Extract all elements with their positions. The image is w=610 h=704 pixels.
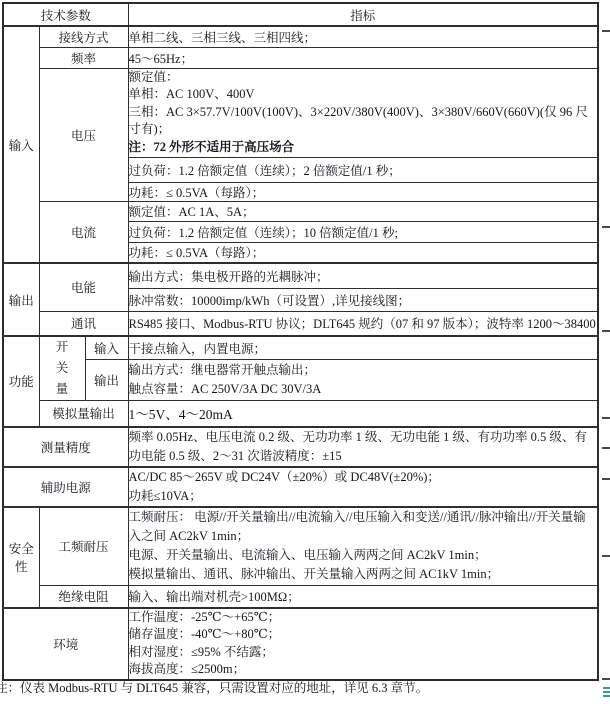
header-tech-params: 技术参数 [3, 3, 128, 26]
digital-output-contact: 触点容量：AC 250V/3A DC 30V/3A [129, 380, 598, 399]
row-label-analog-output: 模拟量输出 [39, 401, 128, 427]
margin-tick [602, 30, 610, 32]
margin-mark-teal [603, 695, 610, 697]
footnote: 注：仪表 Modbus-RTU 与 DLT645 兼容，只需设置对应的地址，详见… [0, 680, 610, 697]
digital-input-value: 干接点输入，内置电源； [128, 336, 598, 359]
env-humidity: 相对湿度：≤95% 不结露； [129, 644, 598, 662]
digital-output-mode: 输出方式：继电器常开触点输出； [129, 361, 598, 380]
row-label-aux-power: 辅助电源 [3, 467, 128, 507]
environment-cell: 工作温度：-25℃～+65℃； 储存温度：-40℃～+80℃； 相对湿度：≤95… [128, 608, 598, 680]
group-label-output: 输出 [3, 263, 39, 336]
row-label-digital-output: 输出 [85, 359, 128, 400]
row-label-energy: 电能 [39, 263, 128, 311]
current-rated: 额定值：AC 1A、5A； [128, 201, 598, 221]
margin-tick [602, 226, 610, 228]
spec-table: 技术参数 指标 输入 接线方式 单相二线、三相三线、三相四线； 频率 45～65… [2, 2, 599, 681]
env-storage-temp: 储存温度：-40℃～+80℃； [129, 626, 598, 644]
group-label-input: 输入 [3, 26, 39, 263]
voltage-power-consumption: 功耗：≤ 0.5VA（每路）； [128, 182, 598, 201]
margin-mark-teal [603, 691, 610, 693]
current-overload: 过负荷：1.2 倍额定值（连续）；10 倍额定值/1 秒; [128, 221, 598, 242]
group-label-safety: 安全性 [3, 507, 39, 608]
aux-power-consumption: 功耗≤10VA； [129, 487, 598, 506]
voltage-three-phase: 三相：AC 3×57.7V/100V(100V)、3×220V/380V(400… [129, 104, 598, 139]
aux-power-range: AC/DC 85～265V 或 DC24V（±20%）或 DC48V(±20%)… [129, 468, 598, 487]
analog-output-value: 1～5V、4～20mA [128, 401, 598, 427]
voltage-rated-title: 额定值： [129, 69, 598, 87]
header-indicator: 指标 [128, 3, 598, 26]
margin-tick [602, 555, 610, 557]
voltage-rated-cell: 额定值： 单相：AC 100V、400V 三相：AC 3×57.7V/100V(… [128, 68, 598, 157]
digital-output-cell: 输出方式：继电器常开触点输出； 触点容量：AC 250V/3A DC 30V/3… [128, 359, 598, 400]
scanned-spec-document: { "title_row": { "tech_params": "技术参数", … [0, 0, 610, 704]
accuracy-value: 频率 0.05Hz、电压电流 0.2 级、无功功率 1 级、无功电能 1 级、有… [128, 427, 598, 467]
withstand-cell: 工频耐压： 电源//开关量输出//电流输入//电压输入和变送//通讯//脉冲输出… [128, 507, 598, 586]
env-working-temp: 工作温度：-25℃～+65℃； [129, 609, 598, 627]
margin-tick [602, 330, 610, 332]
row-label-accuracy: 测量精度 [3, 427, 128, 467]
aux-power-cell: AC/DC 85～265V 或 DC24V（±20%）或 DC48V(±20%)… [128, 467, 598, 507]
margin-tick [602, 417, 610, 419]
margin-tick [602, 447, 610, 449]
voltage-overload: 过负荷：1.2 倍额定值（连续）；2 倍额定值/1 秒； [128, 157, 598, 182]
row-label-voltage: 电压 [39, 68, 128, 201]
withstand-line1: 工频耐压： 电源//开关量输出//电流输入//电压输入和变送//通讯//脉冲输出… [129, 508, 598, 546]
row-label-digital-input: 输入 [85, 336, 128, 359]
row-label-wiring: 接线方式 [39, 26, 128, 47]
row-label-current: 电流 [39, 201, 128, 263]
comm-value: RS485 接口、Modbus-RTU 协议；DLT645 规约（07 和 97… [128, 311, 598, 336]
margin-mark-teal [603, 687, 610, 689]
row-label-comm: 通讯 [39, 311, 128, 336]
row-label-insulation: 绝缘电阻 [39, 586, 128, 608]
withstand-line2: 电源、开关量输出、电流输入、电压输入两两之间 AC2kV 1min； [129, 546, 598, 565]
margin-tick [602, 478, 610, 480]
env-altitude: 海拔高度：≤2500m； [129, 661, 598, 679]
group-label-function: 功能 [3, 336, 39, 427]
margin-tick [602, 678, 610, 680]
insulation-value: 输入、输出端对机壳>100MΩ； [128, 586, 598, 608]
energy-output-mode: 输出方式：集电极开路的光耦脉冲； [128, 263, 598, 288]
row-label-withstand: 工频耐压 [39, 507, 128, 586]
energy-pulse-constant: 脉冲常数：10000imp/kWh（可设置）,详见接线图； [128, 288, 598, 311]
current-power-consumption: 功耗：≤ 0.5VA（每路）； [128, 242, 598, 263]
voltage-single-phase: 单相：AC 100V、400V [129, 86, 598, 104]
row-label-frequency: 频率 [39, 47, 128, 68]
withstand-line3: 模拟量输出、通讯、脉冲输出、开关量输入两两之间 AC1kV 1min； [129, 565, 598, 584]
wiring-value: 单相二线、三相三线、三相四线； [128, 26, 598, 47]
switch-qty-vertical-text: 开关量 [55, 337, 70, 400]
row-label-switch-qty: 开关量 [39, 336, 85, 401]
frequency-value: 45～65Hz； [128, 47, 598, 68]
voltage-note: 注：72 外形不适用于高压场合 [129, 139, 598, 157]
row-label-environment: 环境 [3, 608, 128, 680]
